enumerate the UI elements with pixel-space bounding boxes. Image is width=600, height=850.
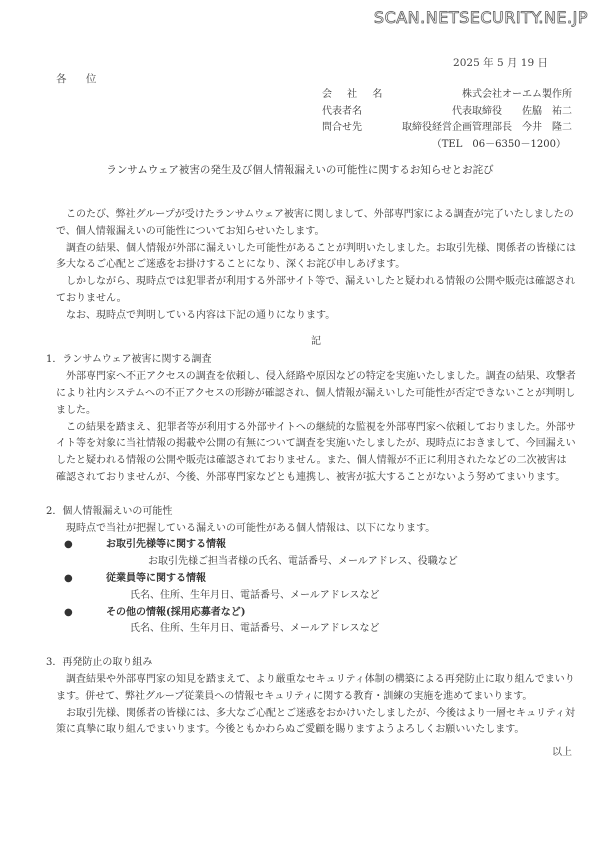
section-heading: 2．個人情報漏えいの可能性: [46, 504, 576, 521]
addressee: 各 位: [56, 71, 104, 86]
contact-label: 問合せ先: [322, 120, 362, 137]
bullet-item: ● お取引先様等に関する情報: [64, 537, 576, 554]
section-heading: 3．再発防止の取り組み: [46, 655, 576, 672]
bullet-title: 従業員等に関する情報: [106, 571, 206, 588]
ki-marker: 記: [56, 334, 576, 351]
bullet-item: ● 従業員等に関する情報: [64, 571, 576, 588]
bullet-item: ● その他の情報(採用応募者など): [64, 605, 576, 622]
document-title: ランサムウェア被害の発生及び個人情報漏えいの可能性に関するお知らせとお詫び: [0, 162, 600, 177]
intro-paragraph: 調査の結果、個人情報が外部に漏えいした可能性があることが判明いたしました。お取引…: [56, 241, 576, 275]
representative-row: 代表者名 代表取締役 佐脇 祐二: [322, 104, 572, 121]
bullet-detail: お取引先様ご担当者様の氏名、電話番号、メールアドレス、役職など: [148, 554, 576, 571]
document-date: 2025 年 5 月 19 日: [453, 55, 548, 70]
sender-block: 会 社 名 株式会社オーエム製作所 代表者名 代表取締役 佐脇 祐二 問合せ先 …: [322, 87, 572, 153]
bullet-icon: ●: [64, 571, 92, 588]
bullet-title: その他の情報(採用応募者など): [106, 605, 245, 622]
bullet-icon: ●: [64, 605, 92, 622]
section-paragraph: 外部専門家へ不正アクセスの調査を依頼し、侵入経路や原因などの特定を実施いたしまし…: [56, 369, 576, 419]
company-label: 会 社 名: [322, 87, 388, 104]
bullet-icon: ●: [64, 537, 92, 554]
contact-telephone: （TEL 06－6350－1200）: [322, 137, 572, 153]
document-body: このたび、弊社グループが受けたランサムウェア被害に関しまして、外部専門家による調…: [56, 207, 576, 762]
section-paragraph: この結果を踏まえ、犯罪者等が利用する外部サイトへの継続的な監視を外部専門家へ依頼…: [56, 420, 576, 487]
bullet-title: お取引先様等に関する情報: [106, 537, 226, 554]
representative-label: 代表者名: [322, 104, 362, 121]
intro-paragraph: なお、現時点で判明している内容は下記の通りになります。: [56, 308, 576, 325]
closing-ijo: 以上: [56, 745, 576, 762]
intro-paragraph: このたび、弊社グループが受けたランサムウェア被害に関しまして、外部専門家による調…: [56, 207, 576, 241]
section-lead: 現時点で当社が把握している漏えいの可能性がある個人情報は、以下になります。: [56, 521, 576, 538]
bullet-detail: 氏名、住所、生年月日、電話番号、メールアドレスなど: [130, 588, 576, 605]
site-watermark: SCAN.NETSECURITY.NE.JP: [374, 8, 588, 27]
intro-paragraph: しかしながら、現時点では犯罪者が利用する外部サイト等で、漏えいしたと疑われる情報…: [56, 274, 576, 308]
representative-name: 代表取締役 佐脇 祐二: [452, 104, 572, 121]
section-paragraph: 調査結果や外部専門家の知見を踏まえて、より厳重なセキュリティ体制の構築による再発…: [56, 672, 576, 706]
company-name: 株式会社オーエム製作所: [462, 87, 572, 104]
contact-person: 取締役経営企画管理部長 今井 隆二: [402, 120, 572, 137]
section-paragraph: お取引先様、関係者の皆様には、多大なご心配とご迷惑をおかけいたしましたが、今後は…: [56, 706, 576, 740]
bullet-detail: 氏名、住所、生年月日、電話番号、メールアドレスなど: [130, 621, 576, 638]
company-row: 会 社 名 株式会社オーエム製作所: [322, 87, 572, 104]
contact-row: 問合せ先 取締役経営企画管理部長 今井 隆二: [322, 120, 572, 137]
section-heading: 1．ランサムウェア被害に関する調査: [46, 352, 576, 369]
